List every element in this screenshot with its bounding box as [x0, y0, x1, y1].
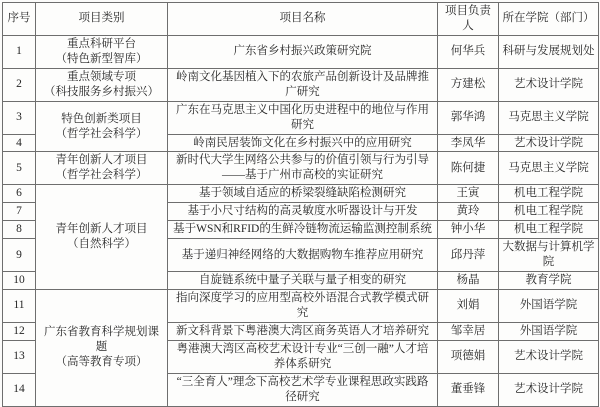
serial-number-cell: 13	[3, 340, 36, 373]
category-cell: 重点领域专项 （科技服务乡村振兴）	[36, 68, 168, 101]
serial-number-cell: 4	[3, 134, 36, 152]
serial-number-cell: 7	[3, 203, 36, 221]
project-name-cell: 新文科背景下粤港澳大湾区商务英语人才培养研究	[168, 322, 438, 340]
project-name-cell: 岭南文化基因植入下的农旅产品创新设计及品牌推广研究	[168, 68, 438, 101]
leader-cell: 邹幸居	[438, 322, 499, 340]
college-cell: 艺术设计学院	[499, 373, 599, 406]
header-row: 序号 项目类别 项目名称 项目负责人 所在学院（部门）	[3, 3, 599, 36]
college-cell: 外国语学院	[499, 289, 599, 322]
college-cell: 机电工程学院	[499, 221, 599, 239]
leader-cell: 何华兵	[438, 35, 499, 68]
project-name-cell: 新时代大学生网络公共参与的价值引领与行为引导——基于广州市高校的实证研究	[168, 152, 438, 185]
leader-cell: 邱丹萍	[438, 239, 499, 272]
table-row: 11广东省教育科学规划课题 （高等教育专项）指向深度学习的应用型高校外语混合式教…	[3, 289, 599, 322]
serial-number-cell: 10	[3, 272, 36, 290]
leader-cell: 郭华鸿	[438, 101, 499, 134]
college-cell: 教育学院	[499, 272, 599, 290]
project-name-cell: 粤港澳大湾区高校艺术设计专业“三创一融”人才培养体系研究	[168, 340, 438, 373]
serial-number-cell: 14	[3, 373, 36, 406]
leader-cell: 钟小华	[438, 221, 499, 239]
project-name-cell: 广东在马克思主义中国化历史进程中的地位与作用研究	[168, 101, 438, 134]
leader-cell: 项德娟	[438, 340, 499, 373]
serial-number-cell: 9	[3, 239, 36, 272]
college-cell: 科研与发展规划处	[499, 35, 599, 68]
college-cell: 机电工程学院	[499, 185, 599, 203]
category-cell: 青年创新人才项目 （哲学社会科学）	[36, 152, 168, 185]
leader-cell: 王寅	[438, 185, 499, 203]
leader-cell: 董垂锋	[438, 373, 499, 406]
category-cell: 特色创新类项目 （哲学社会科学）	[36, 101, 168, 152]
project-name-cell: 基于小尺寸结构的高灵敏度水听器设计与开发	[168, 203, 438, 221]
serial-number-cell: 5	[3, 152, 36, 185]
leader-cell: 李凤华	[438, 134, 499, 152]
category-cell: 广东省教育科学规划课题 （高等教育专项）	[36, 289, 168, 406]
project-name-cell: 基于WSN和RFID的生鲜冷链物流运输监测控制系统	[168, 221, 438, 239]
college-cell: 机电工程学院	[499, 203, 599, 221]
project-list-table: 序号 项目类别 项目名称 项目负责人 所在学院（部门） 1重点科研平台 （特色新…	[2, 2, 599, 407]
project-name-cell: “三全育人”理念下高校艺术学专业课程思政实践路径研究	[168, 373, 438, 406]
leader-cell: 杨晶	[438, 272, 499, 290]
leader-cell: 刘娟	[438, 289, 499, 322]
project-name-cell: 基于递归神经网络的大数据购物车推荐应用研究	[168, 239, 438, 272]
table-row: 6青年创新人才项目 （自然科学）基于领域自适应的桥梁裂缝缺陷检测研究王寅机电工程…	[3, 185, 599, 203]
project-name-cell: 基于领域自适应的桥梁裂缝缺陷检测研究	[168, 185, 438, 203]
serial-number-cell: 3	[3, 101, 36, 134]
project-name-cell: 指向深度学习的应用型高校外语混合式教学模式研究	[168, 289, 438, 322]
college-cell: 外国语学院	[499, 322, 599, 340]
table-row: 1重点科研平台 （特色新型智库）广东省乡村振兴政策研究院何华兵科研与发展规划处	[3, 35, 599, 68]
category-cell: 重点科研平台 （特色新型智库）	[36, 35, 168, 68]
college-cell: 艺术设计学院	[499, 68, 599, 101]
serial-number-cell: 6	[3, 185, 36, 203]
college-cell: 大数据与计算机学院	[499, 239, 599, 272]
college-cell: 艺术设计学院	[499, 340, 599, 373]
header-project-name: 项目名称	[168, 3, 438, 36]
table-body: 1重点科研平台 （特色新型智库）广东省乡村振兴政策研究院何华兵科研与发展规划处2…	[3, 35, 599, 406]
college-cell: 马克思主义学院	[499, 152, 599, 185]
college-cell: 马克思主义学院	[499, 101, 599, 134]
category-cell: 青年创新人才项目 （自然科学）	[36, 185, 168, 290]
serial-number-cell: 1	[3, 35, 36, 68]
project-name-cell: 自旋链系统中量子关联与量子相变的研究	[168, 272, 438, 290]
leader-cell: 陈何捷	[438, 152, 499, 185]
header-project-category: 项目类别	[36, 3, 168, 36]
leader-cell: 方建松	[438, 68, 499, 101]
document-page: 序号 项目类别 项目名称 项目负责人 所在学院（部门） 1重点科研平台 （特色新…	[0, 0, 600, 376]
leader-cell: 黄玲	[438, 203, 499, 221]
table-row: 2重点领域专项 （科技服务乡村振兴）岭南文化基因植入下的农旅产品创新设计及品牌推…	[3, 68, 599, 101]
project-name-cell: 岭南民居装饰文化在乡村振兴中的应用研究	[168, 134, 438, 152]
serial-number-cell: 2	[3, 68, 36, 101]
college-cell: 艺术设计学院	[499, 134, 599, 152]
table-row: 5青年创新人才项目 （哲学社会科学）新时代大学生网络公共参与的价值引领与行为引导…	[3, 152, 599, 185]
table-row: 3特色创新类项目 （哲学社会科学）广东在马克思主义中国化历史进程中的地位与作用研…	[3, 101, 599, 134]
header-project-leader: 项目负责人	[438, 3, 499, 36]
serial-number-cell: 11	[3, 289, 36, 322]
serial-number-cell: 8	[3, 221, 36, 239]
project-name-cell: 广东省乡村振兴政策研究院	[168, 35, 438, 68]
serial-number-cell: 12	[3, 322, 36, 340]
header-serial-number: 序号	[3, 3, 36, 36]
header-college-department: 所在学院（部门）	[499, 3, 599, 36]
